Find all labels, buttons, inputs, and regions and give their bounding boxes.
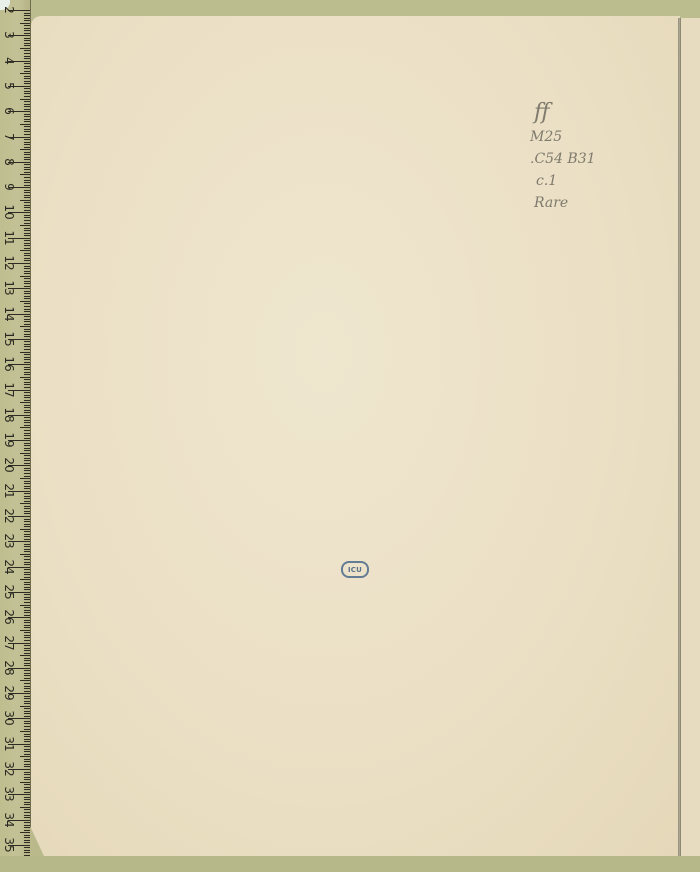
ruler-tick (24, 104, 30, 105)
ruler-tick (20, 250, 30, 251)
ruler-tick (24, 215, 30, 216)
ruler-tick (24, 430, 30, 431)
ruler-tick (24, 412, 30, 413)
ruler-tick (20, 832, 30, 833)
ruler-tick (24, 354, 30, 355)
ruler-tick (24, 524, 30, 525)
ruler-tick (24, 374, 30, 375)
ruler-tick (20, 554, 30, 555)
ruler-tick (24, 562, 30, 563)
ruler-tick (24, 40, 30, 41)
ruler-tick (24, 637, 30, 638)
ruler-label: 21 (3, 482, 15, 500)
ruler-tick (24, 713, 30, 714)
ruler-tick (24, 721, 30, 722)
ruler-tick (20, 427, 30, 428)
ruler-tick (24, 498, 30, 499)
ruler-tick (24, 197, 30, 198)
ruler-tick (24, 119, 30, 120)
ruler-tick (24, 28, 30, 29)
ruler-tick (24, 584, 30, 585)
ruler-tick (20, 478, 30, 479)
ruler-tick (20, 149, 30, 150)
ruler-tick (24, 804, 30, 805)
ruler-tick (24, 572, 30, 573)
ruler-label: 15 (3, 330, 15, 348)
ruler-tick (24, 511, 30, 512)
ruler-tick (20, 225, 30, 226)
ruler-tick (20, 48, 30, 49)
ruler-tick (24, 759, 30, 760)
ruler-label: 4 (3, 52, 15, 70)
ruler-tick (24, 76, 30, 77)
ruler-tick (24, 207, 30, 208)
ruler-label: 31 (3, 735, 15, 753)
ruler-tick (24, 481, 30, 482)
ruler-tick (24, 273, 30, 274)
ruler-label: 30 (3, 709, 15, 727)
ruler-tick (24, 463, 30, 464)
ruler-tick (24, 387, 30, 388)
ruler-label: 9 (3, 178, 15, 196)
ruler-tick (24, 240, 30, 241)
ruler-tick (24, 190, 30, 191)
ruler-tick (24, 223, 30, 224)
ruler-tick (24, 329, 30, 330)
scan-bottom-margin (0, 856, 700, 872)
ruler-label: 18 (3, 406, 15, 424)
ruler-tick (24, 670, 30, 671)
ruler-tick (24, 539, 30, 540)
ruler-tick (24, 346, 30, 347)
ruler-tick (24, 635, 30, 636)
ruler-tick (24, 822, 30, 823)
ruler-label: 22 (3, 507, 15, 525)
ruler-tick (24, 589, 30, 590)
binding-spine (678, 18, 681, 856)
ruler-label: 28 (3, 659, 15, 677)
ruler-tick (24, 33, 30, 34)
ruler-tick (24, 761, 30, 762)
ruler-tick (24, 309, 30, 310)
ruler-tick (20, 200, 30, 201)
ruler-tick (24, 296, 30, 297)
ruler-tick (24, 278, 30, 279)
ruler-tick (24, 777, 30, 778)
ruler-tick (24, 602, 30, 603)
ruler-tick (24, 253, 30, 254)
ruler-tick (24, 556, 30, 557)
ruler-tick (24, 131, 30, 132)
ruler-tick (24, 341, 30, 342)
ruler-tick (24, 660, 30, 661)
ruler-tick (24, 298, 30, 299)
ruler-tick (24, 698, 30, 699)
ruler-label: 17 (3, 381, 15, 399)
ruler-tick (24, 650, 30, 651)
ruler-tick (24, 220, 30, 221)
ruler-tick (24, 68, 30, 69)
ruler-label: 35 (3, 836, 15, 854)
ruler-tick (24, 192, 30, 193)
ruler-tick (24, 71, 30, 72)
ruler-tick (24, 534, 30, 535)
ruler-tick (24, 840, 30, 841)
call-number-line-2: M25 (530, 126, 596, 148)
ruler-tick (24, 336, 30, 337)
ruler-tick (24, 291, 30, 292)
ruler-tick (24, 508, 30, 509)
ruler-tick (24, 526, 30, 527)
ruler-tick (24, 622, 30, 623)
ruler-tick (20, 352, 30, 353)
ruler-label: 32 (3, 760, 15, 778)
ruler-tick (24, 258, 30, 259)
ruler-tick (24, 691, 30, 692)
ruler-tick (24, 830, 30, 831)
ruler-tick (24, 455, 30, 456)
ruler-tick (24, 458, 30, 459)
ruler-tick (24, 723, 30, 724)
call-number-line-1: ff (534, 100, 596, 126)
ruler-tick (24, 787, 30, 788)
ruler-tick (24, 774, 30, 775)
ruler-tick (24, 167, 30, 168)
ruler-tick (24, 675, 30, 676)
ruler-tick (24, 395, 30, 396)
ruler-tick (24, 126, 30, 127)
ruler-tick (24, 587, 30, 588)
ruler-tick (24, 569, 30, 570)
ruler-tick (24, 632, 30, 633)
ruler-tick (24, 129, 30, 130)
ruler-tick (24, 754, 30, 755)
ruler-label: 27 (3, 634, 15, 652)
ruler-tick (24, 88, 30, 89)
ruler-tick (24, 686, 30, 687)
ruler-tick (24, 696, 30, 697)
ruler-tick (24, 230, 30, 231)
ruler-label: 24 (3, 558, 15, 576)
ruler-tick (24, 139, 30, 140)
ruler-tick (20, 402, 30, 403)
ruler-tick (24, 799, 30, 800)
ruler-label: 7 (3, 128, 15, 146)
ruler-tick (24, 648, 30, 649)
ruler-tick (24, 850, 30, 851)
ruler-tick (20, 73, 30, 74)
ruler-tick (24, 809, 30, 810)
ruler-tick (24, 53, 30, 54)
ruler-tick (20, 377, 30, 378)
ruler-tick (24, 372, 30, 373)
ruler-tick (24, 640, 30, 641)
ruler-tick (24, 627, 30, 628)
ruler-tick (24, 615, 30, 616)
ruler-tick (24, 501, 30, 502)
ruler-tick (24, 20, 30, 21)
ruler-tick (24, 255, 30, 256)
ruler-tick (24, 513, 30, 514)
ruler-tick (24, 116, 30, 117)
ruler-tick (24, 96, 30, 97)
ruler-tick (24, 271, 30, 272)
ruler-tick (24, 286, 30, 287)
ruler-tick (20, 706, 30, 707)
ruler-tick (24, 101, 30, 102)
ruler-tick (24, 303, 30, 304)
ruler-tick (24, 448, 30, 449)
ruler-tick (24, 359, 30, 360)
ruler-label: 16 (3, 355, 15, 373)
ruler-tick (24, 43, 30, 44)
ruler-label: 13 (3, 279, 15, 297)
ruler-tick (24, 169, 30, 170)
ruler-tick (24, 195, 30, 196)
ruler-tick (24, 205, 30, 206)
ruler-tick (24, 417, 30, 418)
ruler-tick (24, 438, 30, 439)
ruler-tick (24, 792, 30, 793)
ruler-tick (24, 180, 30, 181)
ruler-tick (24, 172, 30, 173)
ruler-tick (24, 78, 30, 79)
ruler-tick (24, 243, 30, 244)
ruler-tick (20, 807, 30, 808)
ruler-tick (24, 420, 30, 421)
ruler-tick (24, 607, 30, 608)
ruler-tick (24, 433, 30, 434)
ruler-label: 34 (3, 811, 15, 829)
ruler-label: 6 (3, 102, 15, 120)
ruler-label: 5 (3, 77, 15, 95)
ruler-tick (24, 164, 30, 165)
ruler-tick (24, 827, 30, 828)
ruler-tick (24, 407, 30, 408)
ruler-tick (24, 177, 30, 178)
ruler-tick (24, 18, 30, 19)
ruler-tick (24, 235, 30, 236)
ruler-tick (24, 711, 30, 712)
ruler-tick (24, 334, 30, 335)
ruler-tick (24, 38, 30, 39)
ruler-tick (24, 486, 30, 487)
call-number-line-5: Rare (534, 192, 596, 214)
ruler-tick (24, 736, 30, 737)
ruler-tick (24, 93, 30, 94)
ruler-tick (24, 362, 30, 363)
ruler-tick (24, 749, 30, 750)
ruler-tick (24, 815, 30, 816)
ruler-tick (20, 503, 30, 504)
ruler-tick (20, 174, 30, 175)
ruler-tick (24, 157, 30, 158)
ruler-label: 12 (3, 254, 15, 272)
ruler-tick (20, 99, 30, 100)
ruler-tick (24, 147, 30, 148)
ruler-tick (24, 245, 30, 246)
ruler-tick (24, 835, 30, 836)
ruler-tick (24, 268, 30, 269)
ruler-tick (24, 248, 30, 249)
ruler-tick (24, 106, 30, 107)
ruler-tick (20, 731, 30, 732)
ruler-tick (24, 772, 30, 773)
ruler-tick (24, 582, 30, 583)
ruler-tick (24, 66, 30, 67)
ruler-tick (24, 81, 30, 82)
ruler-tick (24, 306, 30, 307)
ruler-label: 20 (3, 456, 15, 474)
ruler-tick (24, 536, 30, 537)
ruler-tick (24, 217, 30, 218)
ruler-tick (24, 716, 30, 717)
ruler-label: 14 (3, 305, 15, 323)
ruler-tick (24, 620, 30, 621)
ruler-tick (20, 301, 30, 302)
ruler-tick (24, 367, 30, 368)
ruler-tick (20, 756, 30, 757)
ruler-tick (24, 653, 30, 654)
ruler-tick (24, 734, 30, 735)
ruler-tick (20, 529, 30, 530)
ruler-tick (24, 597, 30, 598)
ruler-tick (24, 701, 30, 702)
ruler-tick (24, 658, 30, 659)
ruler-tick (24, 281, 30, 282)
ruler-tick (24, 445, 30, 446)
library-stamp: ICU (341, 561, 369, 578)
ruler-tick (24, 708, 30, 709)
ruler-tick (24, 63, 30, 64)
ruler-tick (20, 605, 30, 606)
ruler-tick (24, 493, 30, 494)
ruler-tick (24, 260, 30, 261)
ruler-tick (24, 784, 30, 785)
ruler-tick (24, 422, 30, 423)
ruler-label: 10 (3, 203, 15, 221)
ruler-tick (24, 544, 30, 545)
ruler-tick (24, 789, 30, 790)
ruler-tick (24, 612, 30, 613)
ruler-tick (24, 30, 30, 31)
ruler-tick (24, 152, 30, 153)
ruler-tick (24, 764, 30, 765)
ruler-tick (20, 326, 30, 327)
ruler-tick (24, 531, 30, 532)
ruler-tick (24, 460, 30, 461)
ruler-tick (24, 321, 30, 322)
call-number-line-3: .C54 B31 (530, 148, 596, 170)
ruler-tick (24, 382, 30, 383)
ruler-tick (24, 319, 30, 320)
ruler-label: 11 (3, 229, 15, 247)
ruler-tick (24, 435, 30, 436)
ruler-tick (24, 521, 30, 522)
ruler-tick (24, 496, 30, 497)
call-number-annotation: ff M25 .C54 B31 c.1 Rare (530, 100, 596, 214)
ruler-tick (24, 45, 30, 46)
ruler-tick (24, 476, 30, 477)
ruler-tick (24, 384, 30, 385)
ruler-tick (24, 405, 30, 406)
ruler-tick (24, 331, 30, 332)
ruler-tick (24, 349, 30, 350)
ruler-tick (24, 678, 30, 679)
ruler-tick (24, 311, 30, 312)
ruler-tick (24, 797, 30, 798)
ruler-tick (20, 124, 30, 125)
ruler-tick (24, 825, 30, 826)
ruler-label: 25 (3, 583, 15, 601)
ruler-tick (24, 546, 30, 547)
ruler-tick (24, 202, 30, 203)
ruler-tick (24, 83, 30, 84)
ruler-tick (24, 746, 30, 747)
ruler-tick (24, 559, 30, 560)
ruler-tick (24, 564, 30, 565)
centimeter-ruler: 2345678910111213141516171819202122232425… (0, 0, 31, 872)
ruler-label: 29 (3, 684, 15, 702)
ruler-tick (24, 114, 30, 115)
ruler-tick (24, 185, 30, 186)
ruler-tick (24, 159, 30, 160)
ruler-tick (24, 144, 30, 145)
ruler-tick (20, 782, 30, 783)
ruler-tick (24, 673, 30, 674)
ruler-tick (20, 630, 30, 631)
ruler-tick (24, 837, 30, 838)
ruler-tick (24, 379, 30, 380)
ruler-tick (24, 344, 30, 345)
ruler-tick (24, 392, 30, 393)
ruler-tick (24, 425, 30, 426)
ruler-tick (24, 766, 30, 767)
ruler-tick (24, 729, 30, 730)
ruler-tick (24, 324, 30, 325)
ruler-tick (24, 443, 30, 444)
ruler-tick (24, 468, 30, 469)
ruler-tick (24, 683, 30, 684)
ruler-tick (24, 577, 30, 578)
ruler-tick (24, 142, 30, 143)
ruler-tick (24, 266, 30, 267)
ruler-tick (24, 483, 30, 484)
ruler-tick (24, 450, 30, 451)
ruler-tick (24, 210, 30, 211)
ruler-tick (24, 121, 30, 122)
ruler-tick (24, 779, 30, 780)
ruler-label: 26 (3, 608, 15, 626)
ruler-tick (24, 397, 30, 398)
ruler-tick (24, 663, 30, 664)
ruler-tick (24, 726, 30, 727)
ruler-tick (24, 293, 30, 294)
ruler-tick (24, 625, 30, 626)
ruler-tick (24, 233, 30, 234)
ruler-tick (20, 579, 30, 580)
ruler-tick (24, 594, 30, 595)
ruler-tick (24, 599, 30, 600)
ruler-tick (24, 91, 30, 92)
ruler-label: 3 (3, 26, 15, 44)
ruler-label: 23 (3, 532, 15, 550)
ruler-tick (20, 276, 30, 277)
ruler-tick (24, 519, 30, 520)
ruler-tick (24, 58, 30, 59)
ruler-tick (24, 703, 30, 704)
ruler-tick (24, 610, 30, 611)
